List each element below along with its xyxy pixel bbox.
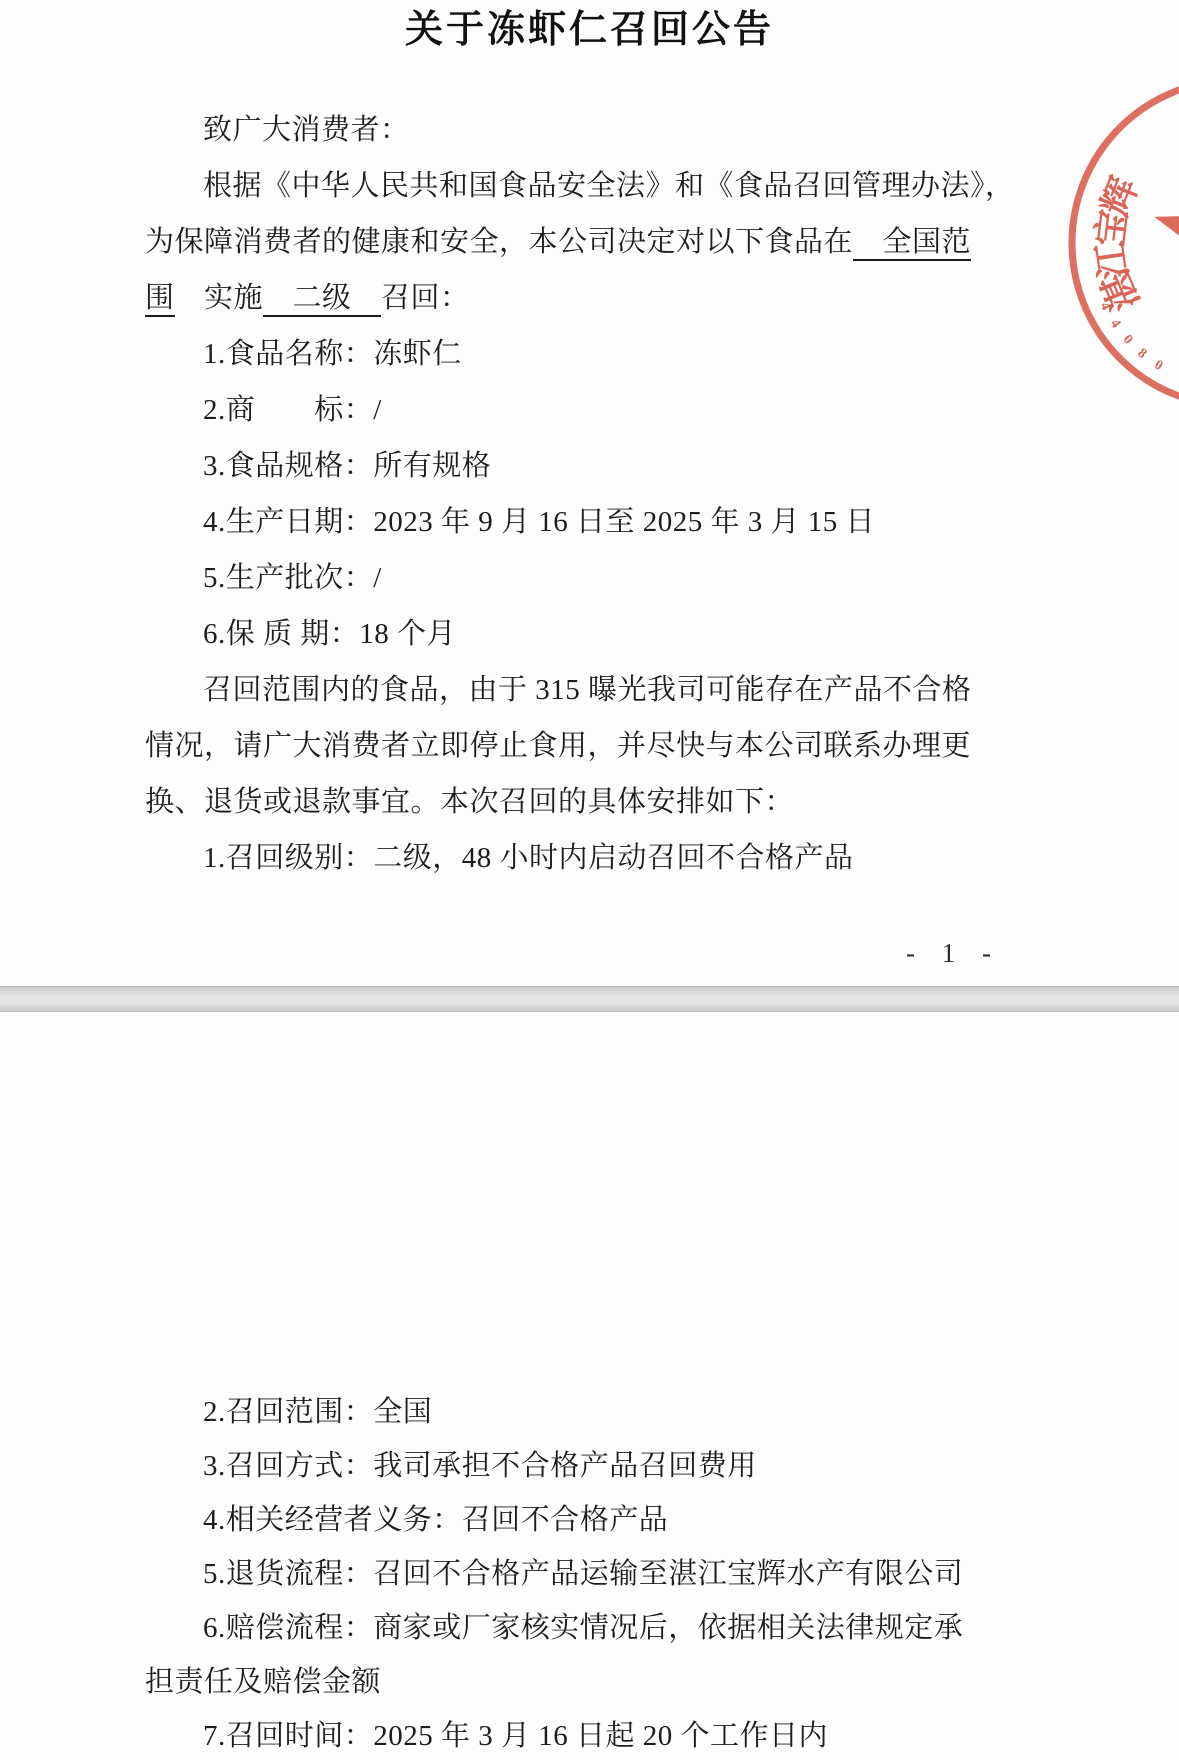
text-line: 4.相关经营者义务：召回不合格产品 bbox=[145, 1493, 955, 1547]
text-segment: 6.赔偿流程：商家或厂家核实情况后，依据相关法律规定承 bbox=[203, 1612, 963, 1644]
text-line: 根据《中华人民共和国食品安全法》和《食品召回管理办法》， bbox=[145, 158, 955, 214]
seal-digit: 4 bbox=[1107, 317, 1123, 331]
text-segment: 情况，请广大消费者立即停止食用，并尽快与本公司联系办理更 bbox=[145, 730, 971, 762]
seal-star-icon bbox=[1154, 158, 1179, 312]
text-line: 5.退货流程：召回不合格产品运输至湛江宝辉水产有限公司 bbox=[145, 1547, 955, 1601]
text-line: 致广大消费者： bbox=[145, 102, 955, 158]
seal-digit: 0 bbox=[1120, 332, 1136, 347]
seal-serial-digits: 44080 bbox=[1097, 300, 1166, 374]
text-segment: 5.生产批次：/ bbox=[203, 562, 382, 594]
text-segment: 5.退货流程：召回不合格产品运输至湛江宝辉水产有限公司 bbox=[203, 1558, 963, 1590]
seal-digit: 8 bbox=[1134, 346, 1149, 362]
text-segment: 为保障消费者的健康和安全，本公司决定对以下食品在 bbox=[145, 226, 853, 258]
text-line: 1.食品名称：冻虾仁 bbox=[145, 326, 955, 382]
page-number: - 1 - bbox=[906, 938, 1001, 969]
text-line: 担责任及赔偿金额 bbox=[145, 1655, 955, 1709]
company-seal: 湛江宝辉 44080 bbox=[1040, 33, 1179, 453]
text-segment: 致广大消费者： bbox=[203, 114, 410, 146]
text-line: 2.商 标：/ bbox=[145, 382, 955, 438]
text-line: 6.赔偿流程：商家或厂家核实情况后，依据相关法律规定承 bbox=[145, 1601, 955, 1655]
text-segment: 7.召回时间：2025 年 3 月 16 日起 20 个工作日内 bbox=[203, 1720, 828, 1752]
seal-arc-text: 湛江宝辉 bbox=[1089, 172, 1148, 317]
text-segment: 实施 bbox=[175, 282, 264, 314]
text-segment: 3.食品规格：所有规格 bbox=[203, 450, 491, 482]
text-line: 为保障消费者的健康和安全，本公司决定对以下食品在 全国范 bbox=[145, 214, 955, 270]
text-line: 5.生产批次：/ bbox=[145, 550, 955, 606]
underlined-text-segment: 全国范 bbox=[883, 226, 972, 261]
text-segment: 2.商 标：/ bbox=[203, 394, 382, 426]
text-segment: 担责任及赔偿金额 bbox=[145, 1666, 381, 1698]
text-segment: 1.召回级别：二级，48 小时内启动召回不合格产品 bbox=[203, 842, 854, 874]
page2-body: 2.召回范围：全国3.召回方式：我司承担不合格产品召回费用4.相关经营者义务：召… bbox=[145, 1385, 955, 1760]
text-segment: 4.生产日期：2023 年 9 月 16 日至 2025 年 3 月 15 日 bbox=[203, 506, 875, 538]
text-segment: 根据《中华人民共和国食品安全法》和《食品召回管理办法》， bbox=[203, 170, 1015, 202]
text-segment: 3.召回方式：我司承担不合格产品召回费用 bbox=[203, 1450, 757, 1482]
underlined-text-segment: 围 bbox=[145, 282, 175, 317]
document-title: 关于冻虾仁召回公告 bbox=[0, 2, 1179, 58]
text-line: 换、退货或退款事宜。本次召回的具体安排如下： bbox=[145, 774, 955, 830]
document-photo: 关于冻虾仁召回公告 致广大消费者：根据《中华人民共和国食品安全法》和《食品召回管… bbox=[0, 0, 1179, 1760]
text-segment: 1.食品名称：冻虾仁 bbox=[203, 338, 462, 370]
text-segment: 召回范围内的食品，由于 315 曝光我司可能存在产品不合格 bbox=[203, 674, 972, 706]
text-line: 4.生产日期：2023 年 9 月 16 日至 2025 年 3 月 15 日 bbox=[145, 494, 955, 550]
page-divider bbox=[0, 986, 1179, 1012]
page-1: 关于冻虾仁召回公告 致广大消费者：根据《中华人民共和国食品安全法》和《食品召回管… bbox=[0, 0, 1179, 986]
text-line: 7.召回时间：2025 年 3 月 16 日起 20 个工作日内 bbox=[145, 1709, 955, 1760]
text-segment: 4.相关经营者义务：召回不合格产品 bbox=[203, 1504, 668, 1536]
text-line: 6.保 质 期：18 个月 bbox=[145, 606, 955, 662]
underlined-text-segment bbox=[853, 226, 883, 261]
seal-digit: 0 bbox=[1151, 358, 1165, 374]
page1-body: 致广大消费者：根据《中华人民共和国食品安全法》和《食品召回管理办法》，为保障消费… bbox=[145, 102, 955, 886]
text-line: 情况，请广大消费者立即停止食用，并尽快与本公司联系办理更 bbox=[145, 718, 955, 774]
text-segment: 召回： bbox=[381, 282, 470, 314]
text-segment: 2.召回范围：全国 bbox=[203, 1396, 432, 1428]
text-line: 2.召回范围：全国 bbox=[145, 1385, 955, 1439]
text-line: 围 实施 二级 召回： bbox=[145, 270, 955, 326]
text-line: 1.召回级别：二级，48 小时内启动召回不合格产品 bbox=[145, 830, 955, 886]
text-line: 3.食品规格：所有规格 bbox=[145, 438, 955, 494]
text-line: 3.召回方式：我司承担不合格产品召回费用 bbox=[145, 1439, 955, 1493]
page-2: 2.召回范围：全国3.召回方式：我司承担不合格产品召回费用4.相关经营者义务：召… bbox=[0, 1012, 1179, 1760]
underlined-text-segment: 二级 bbox=[263, 282, 381, 317]
text-segment: 换、退货或退款事宜。本次召回的具体安排如下： bbox=[145, 786, 794, 818]
text-line: 召回范围内的食品，由于 315 曝光我司可能存在产品不合格 bbox=[145, 662, 955, 718]
text-segment: 6.保 质 期：18 个月 bbox=[203, 618, 456, 650]
